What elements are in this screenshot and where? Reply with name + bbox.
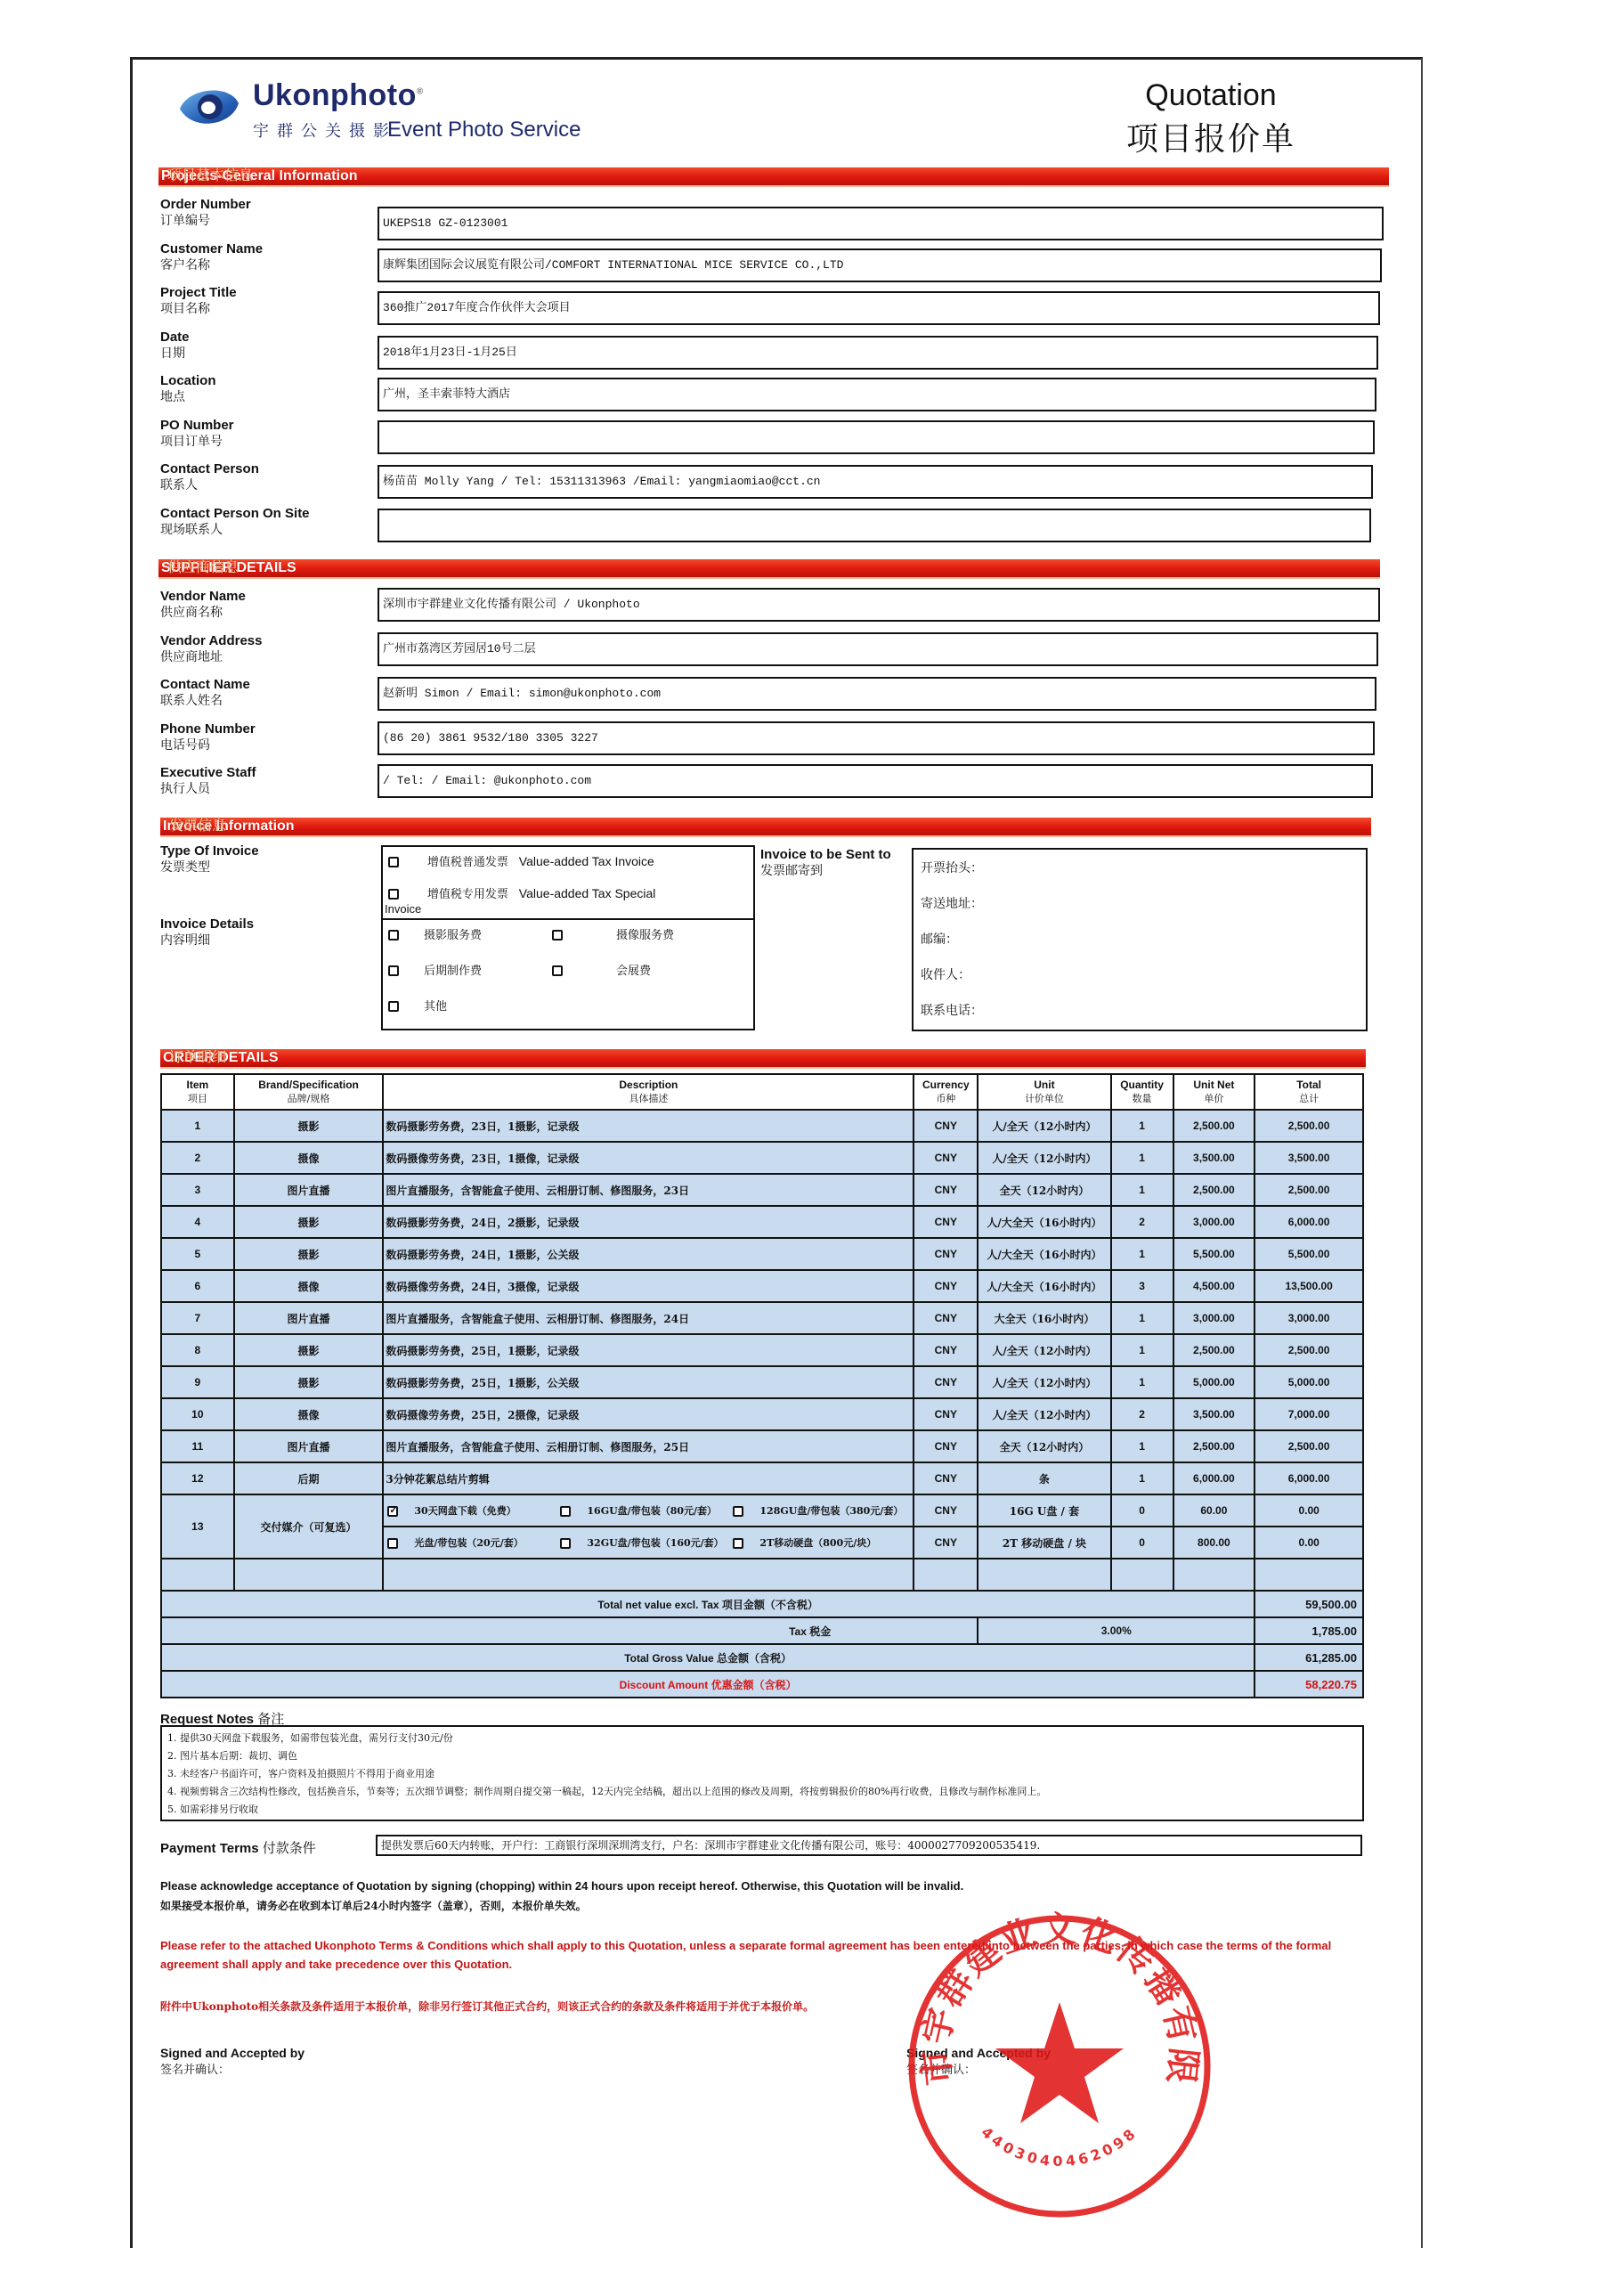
cell-description: 数码摄影劳务费，25日，1摄影，记录级 [383, 1334, 913, 1366]
invoice-detail-expo[interactable]: 会展费 [552, 961, 651, 978]
column-header: Description具体描述 [383, 1074, 913, 1110]
cell-currency: CNY [913, 1302, 978, 1334]
cell-quantity: 0 [1111, 1494, 1173, 1527]
field-value-vendor-address[interactable]: 广州市荔湾区芳园居10号二层 [378, 632, 1378, 666]
cell-unit-net: 4,500.00 [1173, 1270, 1255, 1302]
cell-quantity: 1 [1111, 1430, 1173, 1462]
cell-total: 2,500.00 [1255, 1334, 1363, 1366]
field-value-project-title[interactable]: 360推广2017年度合作伙伴大会项目 [378, 291, 1380, 325]
cell-unit-net: 2,500.00 [1173, 1110, 1255, 1142]
summary-value: 58,220.75 [1255, 1671, 1363, 1698]
checkbox-expo-fee[interactable] [552, 965, 563, 976]
invoice-detail-photo[interactable]: 摄影服务费 [388, 925, 482, 942]
field-value-date[interactable]: 2018年1月23日-1月25日 [378, 336, 1378, 370]
cell-unit-net: 3,000.00 [1173, 1206, 1255, 1238]
cell-total: 5,500.00 [1255, 1238, 1363, 1270]
field-value-po-number[interactable] [378, 420, 1375, 454]
cell-total: 0.00 [1255, 1494, 1363, 1527]
sendto-field[interactable]: 联系电话： [921, 1001, 983, 1019]
summary-label: Discount Amount 优惠金额（含税） [161, 1671, 1255, 1698]
cell-item: 1 [161, 1110, 234, 1142]
cell-item: 8 [161, 1334, 234, 1366]
cell-total: 2,500.00 [1255, 1430, 1363, 1462]
cell-empty [234, 1559, 384, 1591]
cell-unit-net: 2,500.00 [1173, 1174, 1255, 1206]
cell-quantity: 1 [1111, 1334, 1173, 1366]
cell-quantity: 0 [1111, 1527, 1173, 1559]
summary-value: 59,500.00 [1255, 1591, 1363, 1617]
column-header: Currency币种 [913, 1074, 978, 1110]
cell-item: 7 [161, 1302, 234, 1334]
column-header: Quantity数量 [1111, 1074, 1173, 1110]
table-row: 5摄影数码摄影劳务费，24日，1摄影，公关级CNY人/大全天（16小时内）15,… [161, 1238, 1363, 1270]
field-value-order-number[interactable]: UKEPS18 GZ-0123001 [378, 207, 1384, 240]
cell-description: 数码摄影劳务费，24日，1摄影，公关级 [383, 1238, 913, 1270]
sendto-field[interactable]: 寄送地址： [921, 894, 983, 912]
table-row-blank [161, 1559, 1363, 1591]
signature-right[interactable]: Signed and Accepted by签名并确认： [906, 2045, 1051, 2079]
cell-spec: 交付媒介（可复选） [234, 1494, 384, 1559]
invoice-type-label: Type Of Invoice发票类型 [160, 843, 259, 876]
invoice-type-vat-normal[interactable]: 增值税普通发票 Value-added Tax Invoice [388, 852, 654, 869]
summary-row: Tax 税金3.00%1,785.00 [161, 1617, 1363, 1644]
cell-total: 0.00 [1255, 1527, 1363, 1559]
cell-unit: 全天（12小时内） [978, 1174, 1110, 1206]
cell-unit: 2T 移动硬盘 / 块 [978, 1527, 1110, 1559]
cell-unit-net: 3,500.00 [1173, 1398, 1255, 1430]
cell-currency: CNY [913, 1270, 978, 1302]
terms-conditions-en: Please refer to the attached Ukonphoto T… [160, 1936, 1371, 1974]
cell-currency: CNY [913, 1174, 978, 1206]
cell-currency: CNY [913, 1494, 978, 1527]
cell-item: 13 [161, 1494, 234, 1559]
cell-spec: 后期 [234, 1462, 384, 1494]
cell-unit: 大全天（16小时内） [978, 1302, 1110, 1334]
summary-label: Total Gross Value 总金额（含税） [161, 1644, 1255, 1671]
checkbox-video-fee[interactable] [552, 930, 563, 940]
order-table: Item项目Brand/Specification品牌/规格Descriptio… [160, 1073, 1364, 1698]
cell-description: 数码摄影劳务费，24日，2摄影，记录级 [383, 1206, 913, 1238]
cell-total: 7,000.00 [1255, 1398, 1363, 1430]
field-label: Contact Name联系人姓名 [160, 676, 250, 710]
cell-total: 6,000.00 [1255, 1206, 1363, 1238]
checkbox-media[interactable] [387, 1506, 398, 1517]
sendto-field[interactable]: 开票抬头： [921, 859, 983, 876]
field-label: Date日期 [160, 329, 190, 362]
cell-spec: 摄影 [234, 1366, 384, 1398]
cell-description: 图片直播服务，含智能盒子使用、云相册订制、修图服务，24日 [383, 1302, 913, 1334]
cell-item: 11 [161, 1430, 234, 1462]
vat-special-en: Value-added Tax Special [519, 886, 656, 900]
cell-currency: CNY [913, 1430, 978, 1462]
vat-special-wrap: Invoice [385, 902, 421, 916]
cell-quantity: 1 [1111, 1238, 1173, 1270]
brand-name-cn: 宇群公关摄影 [253, 118, 397, 142]
invoice-details-box: 摄影服务费 摄像服务费 后期制作费 会展费 其他 [381, 918, 755, 1030]
media-option[interactable]: 光盘/带包装（20元/套） [387, 1535, 560, 1550]
table-row: 9摄影数码摄影劳务费，25日，1摄影，公关级CNY人/全天（12小时内）15,0… [161, 1366, 1363, 1398]
summary-row: Total net value excl. Tax 项目金额（不含税）59,50… [161, 1591, 1363, 1617]
section-bar-general: Projects-General Information项目基本信息 [158, 167, 1389, 185]
sendto-field[interactable]: 收件人： [921, 965, 970, 983]
cell-unit: 人/全天（12小时内） [978, 1110, 1110, 1142]
table-row: 2摄像数码摄像劳务费，23日，1摄像，记录级CNY人/全天（12小时内）13,5… [161, 1142, 1363, 1174]
cell-currency: CNY [913, 1142, 978, 1174]
invoice-detail-post[interactable]: 后期制作费 [388, 961, 482, 978]
cell-unit: 人/全天（12小时内） [978, 1398, 1110, 1430]
checkbox-media[interactable] [560, 1506, 571, 1517]
cell-currency: CNY [913, 1527, 978, 1559]
checkbox-media[interactable] [733, 1506, 743, 1517]
field-value-executive-staff[interactable]: / Tel: / Email: @ukonphoto.com [378, 764, 1373, 798]
cell-item: 10 [161, 1398, 234, 1430]
cell-total: 5,000.00 [1255, 1366, 1363, 1398]
brand-subtitle: Event Photo Service [387, 118, 581, 142]
field-label: Location地点 [160, 372, 216, 406]
invoice-detail-video[interactable]: 摄像服务费 [552, 925, 674, 942]
cell-unit: 全天（12小时内） [978, 1430, 1110, 1462]
cell-quantity: 2 [1111, 1206, 1173, 1238]
cell-description: 数码摄像劳务费，24日，3摄像，记录级 [383, 1270, 913, 1302]
note-item: 5. 如需彩排另行收取 [167, 1801, 1357, 1819]
cell-quantity: 1 [1111, 1366, 1173, 1398]
field-value-location[interactable]: 广州，圣丰索菲特大酒店 [378, 378, 1376, 411]
invoice-sendto-label: Invoice to be Sent to发票邮寄到 [760, 846, 891, 880]
cell-total: 2,500.00 [1255, 1110, 1363, 1142]
column-header: Item项目 [161, 1074, 234, 1110]
cell-description: 数码摄影劳务费，25日，1摄影，公关级 [383, 1366, 913, 1398]
table-row: 1摄影数码摄影劳务费，23日，1摄影，记录级CNY人/全天（12小时内）12,5… [161, 1110, 1363, 1142]
note-item: 1. 提供30天网盘下载服务，如需带包装光盘，需另行支付30元/份 [167, 1730, 1357, 1747]
table-row: 12后期3分钟花絮总结片剪辑CNY条16,000.006,000.00 [161, 1462, 1363, 1494]
cell-unit-net: 3,000.00 [1173, 1302, 1255, 1334]
field-value-customer-name[interactable]: 康辉集团国际会议展览有限公司/COMFORT INTERNATIONAL MIC… [378, 248, 1382, 282]
payment-terms-label: Payment Terms 付款条件 [160, 1838, 316, 1857]
cell-item: 4 [161, 1206, 234, 1238]
document-title-cn: 项目报价单 [1113, 114, 1309, 159]
cell-description: 数码摄影劳务费，23日，1摄影，记录级 [383, 1110, 913, 1142]
table-row: 10摄像数码摄像劳务费，25日，2摄像，记录级CNY人/全天（12小时内）23,… [161, 1398, 1363, 1430]
cell-description: 数码摄像劳务费，25日，2摄像，记录级 [383, 1398, 913, 1430]
cell-unit-net: 6,000.00 [1173, 1462, 1255, 1494]
cell-item: 3 [161, 1174, 234, 1206]
cell-spec: 摄影 [234, 1206, 384, 1238]
checkbox-post-fee[interactable] [388, 965, 399, 976]
field-label: Project Title项目名称 [160, 284, 237, 318]
brand-name: Ukonphoto® [253, 78, 424, 113]
media-option[interactable]: 16GU盘/带包装（80元/套） [560, 1503, 733, 1518]
cell-empty [161, 1559, 234, 1591]
invoice-type-vat-special[interactable]: 增值税专用发票 Value-added Tax Special [388, 884, 655, 901]
payment-terms-value: 提供发票后60天内转账，开户行：工商银行深圳深圳湾支行，户名：深圳市宇群建业文化… [376, 1835, 1362, 1856]
cell-empty [383, 1559, 913, 1591]
cell-description: 数码摄像劳务费，23日，1摄像，记录级 [383, 1142, 913, 1174]
cell-unit: 人/大全天（16小时内） [978, 1238, 1110, 1270]
cell-empty [913, 1559, 978, 1591]
cell-total: 13,500.00 [1255, 1270, 1363, 1302]
sendto-field[interactable]: 邮编： [921, 930, 958, 948]
cell-item: 6 [161, 1270, 234, 1302]
table-row: 8摄影数码摄影劳务费，25日，1摄影，记录级CNY人/全天（12小时内）12,5… [161, 1334, 1363, 1366]
cell-unit-net: 5,500.00 [1173, 1238, 1255, 1270]
checkbox-other[interactable] [388, 1001, 399, 1012]
request-notes-box: 1. 提供30天网盘下载服务，如需带包装光盘，需另行支付30元/份2. 图片基本… [160, 1725, 1364, 1821]
cell-spec: 图片直播 [234, 1174, 384, 1206]
cell-quantity: 3 [1111, 1270, 1173, 1302]
terms-conditions-cn: 附件中Ukonphoto相关条款及条件适用于本报价单，除非另行签订其他正式合约，… [160, 1999, 814, 2014]
field-value-contact-person[interactable]: 杨苗苗 Molly Yang / Tel: 15311313963 /Email… [378, 465, 1373, 499]
summary-value: 61,285.00 [1255, 1644, 1363, 1671]
cell-spec: 摄影 [234, 1238, 384, 1270]
cell-currency: CNY [913, 1398, 978, 1430]
tax-rate: 3.00% [978, 1617, 1255, 1644]
invoice-detail-other[interactable]: 其他 [388, 997, 447, 1014]
checkbox-vat-normal[interactable] [388, 857, 399, 867]
cell-empty [1255, 1559, 1363, 1591]
cell-total: 3,000.00 [1255, 1302, 1363, 1334]
invoice-details-label: Invoice Details内容明细 [160, 916, 254, 949]
media-option[interactable]: 30天网盘下载（免费） [387, 1503, 560, 1518]
cell-item: 9 [161, 1366, 234, 1398]
summary-row: Discount Amount 优惠金额（含税）58,220.75 [161, 1671, 1363, 1698]
cell-currency: CNY [913, 1462, 978, 1494]
table-row: 11图片直播图片直播服务，含智能盒子使用、云相册订制、修图服务，25日CNY全天… [161, 1430, 1363, 1462]
invoice-sendto-box[interactable]: 开票抬头：寄送地址：邮编：收件人：联系电话： [912, 848, 1368, 1031]
summary-value: 1,785.00 [1255, 1617, 1363, 1644]
cell-total: 6,000.00 [1255, 1462, 1363, 1494]
section-bar-invoice: Invoice Information发票信息 [160, 818, 1371, 835]
table-row: 4摄影数码摄影劳务费，24日，2摄影，记录级CNY人/大全天（16小时内）23,… [161, 1206, 1363, 1238]
cell-spec: 摄像 [234, 1270, 384, 1302]
note-item: 2. 图片基本后期：裁切、调色 [167, 1747, 1357, 1765]
field-value-vendor-name[interactable]: 深圳市宇群建业文化传播有限公司 / Ukonphoto [378, 588, 1380, 622]
field-label: Order Number订单编号 [160, 196, 251, 230]
cell-spec: 摄影 [234, 1334, 384, 1366]
table-row: 3图片直播图片直播服务，含智能盒子使用、云相册订制、修图服务，23日CNY全天（… [161, 1174, 1363, 1206]
cell-empty [1111, 1559, 1173, 1591]
cell-media-options: 光盘/带包装（20元/套）32GU盘/带包装（160元/套）2T移动硬盘（800… [383, 1527, 913, 1559]
cell-spec: 摄影 [234, 1110, 384, 1142]
media-option[interactable]: 32GU盘/带包装（160元/套） [560, 1535, 733, 1550]
checkbox-media[interactable] [733, 1538, 743, 1549]
cell-quantity: 1 [1111, 1174, 1173, 1206]
field-label: Contact Person联系人 [160, 460, 259, 494]
cell-quantity: 1 [1111, 1110, 1173, 1142]
field-label: Executive Staff执行人员 [160, 764, 256, 798]
field-label: Vendor Address供应商地址 [160, 632, 262, 666]
table-row-media: 13交付媒介（可复选）30天网盘下载（免费）16GU盘/带包装（80元/套）12… [161, 1494, 1363, 1527]
summary-label: Total net value excl. Tax 项目金额（不含税） [161, 1591, 1255, 1617]
document-title: Quotation [1122, 78, 1300, 113]
cell-description: 图片直播服务，含智能盒子使用、云相册订制、修图服务，23日 [383, 1174, 913, 1206]
cell-unit: 条 [978, 1462, 1110, 1494]
field-value-contact-person-on-site[interactable] [378, 509, 1371, 542]
field-label: Contact Person On Site现场联系人 [160, 505, 310, 539]
cell-quantity: 2 [1111, 1398, 1173, 1430]
cell-empty [1173, 1559, 1255, 1591]
cell-unit: 人/全天（12小时内） [978, 1334, 1110, 1366]
cell-spec: 摄像 [234, 1142, 384, 1174]
cell-quantity: 1 [1111, 1142, 1173, 1174]
cell-unit-net: 2,500.00 [1173, 1334, 1255, 1366]
column-header: Unit Net单价 [1173, 1074, 1255, 1110]
ukonphoto-eye-logo-icon [178, 82, 240, 132]
acknowledge-text-en: Please acknowledge acceptance of Quotati… [160, 1879, 963, 1893]
cell-item: 2 [161, 1142, 234, 1174]
summary-row: Total Gross Value 总金额（含税）61,285.00 [161, 1644, 1363, 1671]
cell-total: 3,500.00 [1255, 1142, 1363, 1174]
section-bar-order: ORDER DETAILS订单明细 [160, 1049, 1366, 1067]
field-value-phone-number[interactable]: (86 20) 3861 9532/180 3305 3227 [378, 721, 1375, 755]
table-row: 7图片直播图片直播服务，含智能盒子使用、云相册订制、修图服务，24日CNY大全天… [161, 1302, 1363, 1334]
cell-unit: 人/全天（12小时内） [978, 1142, 1110, 1174]
cell-unit: 人/大全天（16小时内） [978, 1270, 1110, 1302]
media-option[interactable]: 2T移动硬盘（800元/块） [733, 1535, 905, 1550]
column-header: Brand/Specification品牌/规格 [234, 1074, 384, 1110]
cell-unit: 人/大全天（16小时内） [978, 1206, 1110, 1238]
note-item: 3. 未经客户书面许可，客户资料及拍摄照片不得用于商业用途 [167, 1765, 1357, 1783]
cell-description: 3分钟花絮总结片剪辑 [383, 1462, 913, 1494]
field-label: Vendor Name供应商名称 [160, 588, 246, 622]
note-item: 4. 视频剪辑含三次结构性修改，包括换音乐，节奏等；五次细节调整；制作周期自提交… [167, 1783, 1357, 1801]
field-value-contact-name[interactable]: 赵新明 Simon / Email: simon@ukonphoto.com [378, 677, 1376, 711]
cell-quantity: 1 [1111, 1302, 1173, 1334]
column-header: Total总计 [1255, 1074, 1363, 1110]
cell-spec: 图片直播 [234, 1430, 384, 1462]
cell-empty [978, 1559, 1110, 1591]
cell-currency: CNY [913, 1110, 978, 1142]
cell-unit: 16G U盘 / 套 [978, 1494, 1110, 1527]
cell-unit-net: 60.00 [1173, 1494, 1255, 1527]
cell-currency: CNY [913, 1366, 978, 1398]
invoice-type-box: 增值税普通发票 Value-added Tax Invoice 增值税专用发票 … [381, 845, 755, 920]
cell-total: 2,500.00 [1255, 1174, 1363, 1206]
field-label: PO Number项目订单号 [160, 417, 234, 451]
cell-media-options: 30天网盘下载（免费）16GU盘/带包装（80元/套）128GU盘/带包装（38… [383, 1494, 913, 1527]
field-label: Phone Number电话号码 [160, 721, 256, 754]
acknowledge-text-cn: 如果接受本报价单，请务必在收到本订单后24小时内签字（盖章），否则，本报价单失效… [160, 1898, 587, 1913]
media-option[interactable]: 128GU盘/带包装（380元/套） [733, 1503, 905, 1518]
summary-label: Tax 税金 [161, 1617, 978, 1644]
cell-item: 12 [161, 1462, 234, 1494]
signature-left[interactable]: Signed and Accepted by签名并确认： [160, 2045, 304, 2079]
cell-currency: CNY [913, 1206, 978, 1238]
cell-unit-net: 800.00 [1173, 1527, 1255, 1559]
cell-description: 图片直播服务，含智能盒子使用、云相册订制、修图服务，25日 [383, 1430, 913, 1462]
field-label: Customer Name客户名称 [160, 240, 263, 274]
cell-unit-net: 5,000.00 [1173, 1366, 1255, 1398]
cell-spec: 图片直播 [234, 1302, 384, 1334]
cell-unit: 人/全天（12小时内） [978, 1366, 1110, 1398]
section-bar-supplier: SUPPLIER DETAILS供应商信息 [158, 559, 1380, 577]
column-header: Unit计价单位 [978, 1074, 1110, 1110]
cell-item: 5 [161, 1238, 234, 1270]
checkbox-media[interactable] [387, 1538, 398, 1549]
cell-currency: CNY [913, 1334, 978, 1366]
checkbox-photo-fee[interactable] [388, 930, 399, 940]
cell-spec: 摄像 [234, 1398, 384, 1430]
table-row: 6摄像数码摄像劳务费，24日，3摄像，记录级CNY人/大全天（16小时内）34,… [161, 1270, 1363, 1302]
checkbox-media[interactable] [560, 1538, 571, 1549]
cell-unit-net: 2,500.00 [1173, 1430, 1255, 1462]
cell-currency: CNY [913, 1238, 978, 1270]
checkbox-vat-special[interactable] [388, 889, 399, 900]
cell-unit-net: 3,500.00 [1173, 1142, 1255, 1174]
cell-quantity: 1 [1111, 1462, 1173, 1494]
